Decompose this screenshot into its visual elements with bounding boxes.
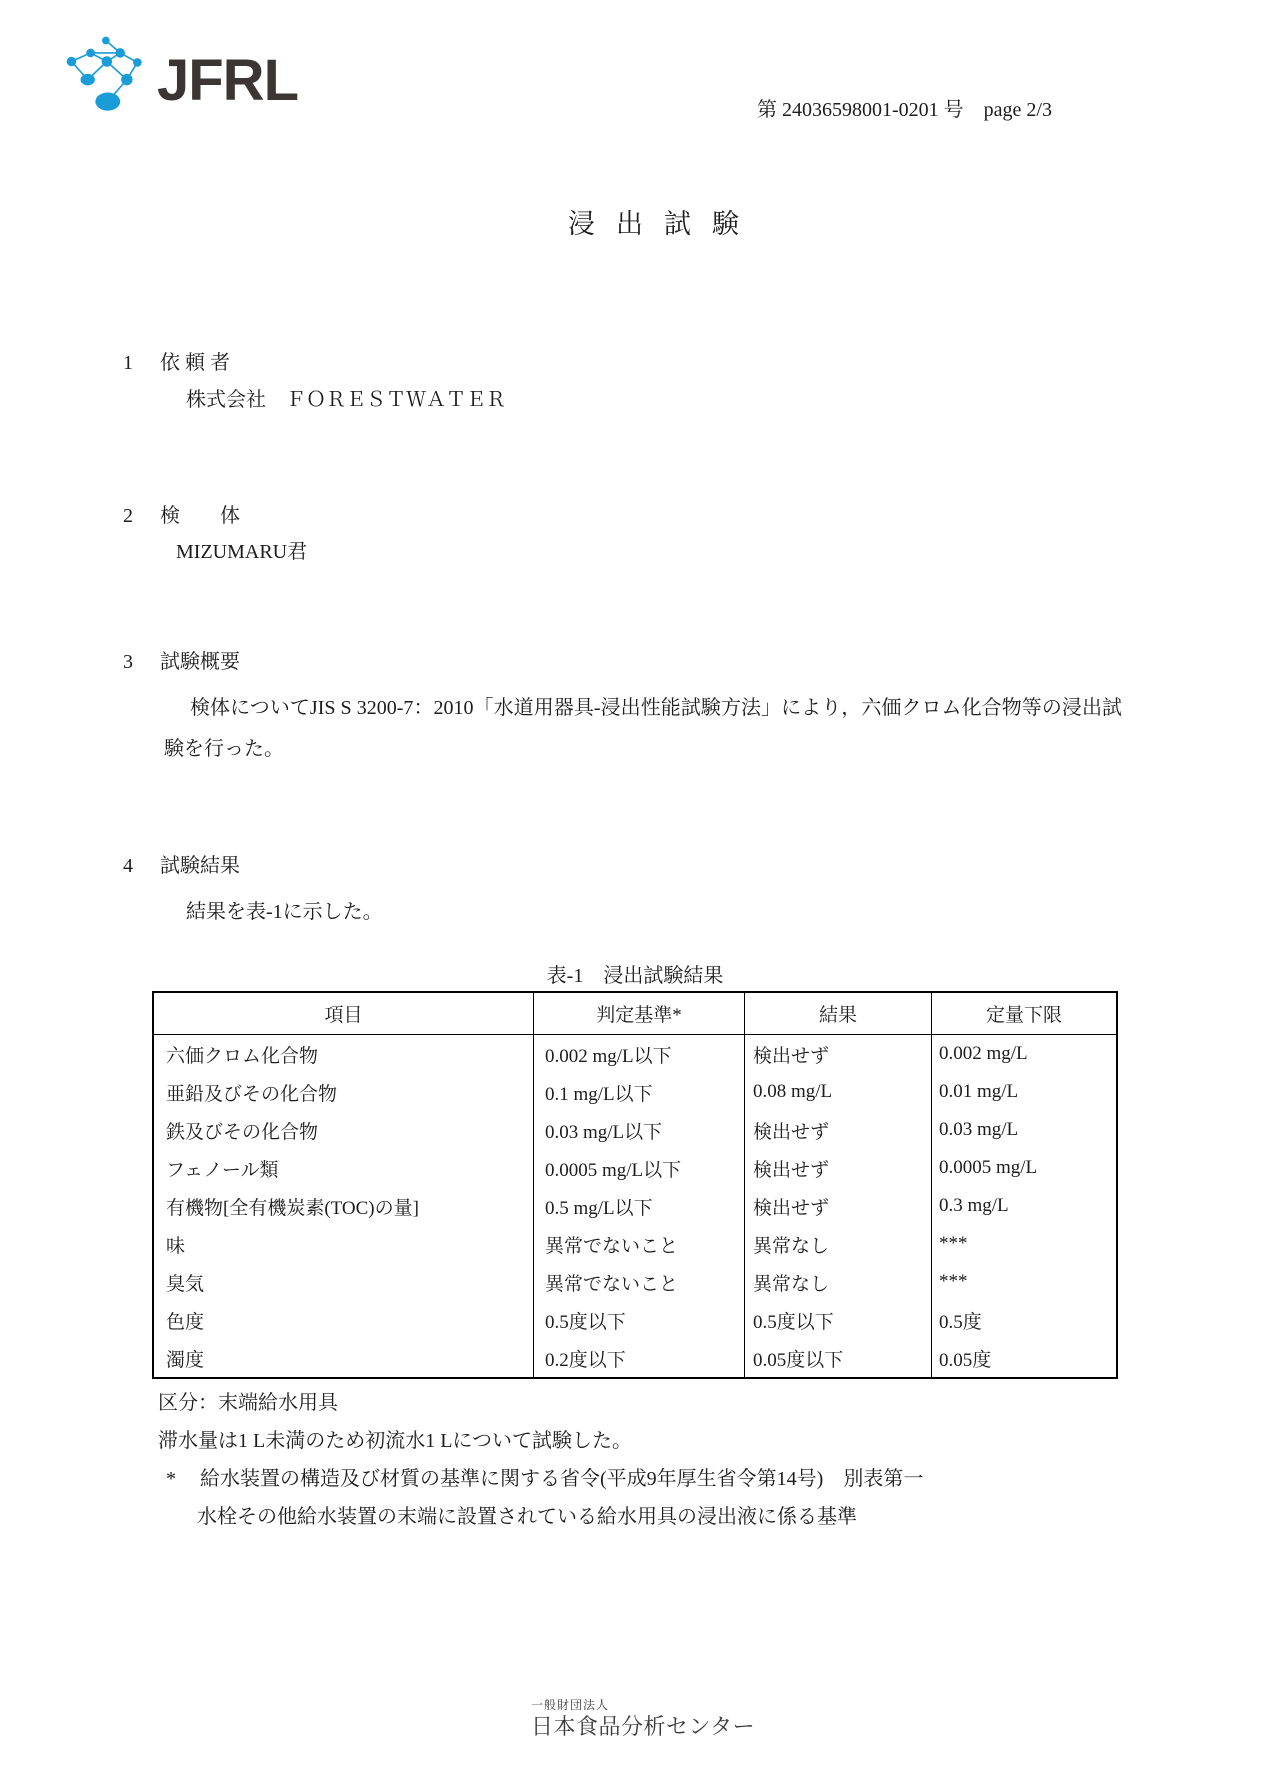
cell-item: 六価クロム化合物 [154, 1035, 533, 1073]
cell-result: 0.08 mg/L [744, 1073, 931, 1111]
client-name: 株式会社 ＦＯＲＥＳＴＷＡＴＥＲ [186, 387, 506, 413]
section-1-number: 1 [123, 350, 160, 376]
section-2-label: 検 体 [160, 505, 240, 527]
cell-item: 味 [154, 1225, 533, 1263]
table-header-row: 項目 判定基準* 結果 定量下限 [154, 993, 1116, 1035]
cell-result: 検出せず [744, 1187, 931, 1225]
cell-result: 0.5度以下 [744, 1301, 931, 1339]
cell-criteria: 異常でないこと [533, 1263, 744, 1301]
cell-loq: 0.03 mg/L [931, 1111, 1116, 1149]
document-number: 第 24036598001-0201 号 page 2/3 [757, 97, 1052, 123]
asterisk-text1: 給水装置の構造及び材質の基準に関する省令(平成9年厚生省令第14号) 別表第一 [200, 1468, 923, 1490]
table-row: 臭気 異常でないこと 異常なし *** [154, 1263, 1116, 1301]
jfrl-logo-text: JFRL [157, 52, 298, 110]
jfrl-network-icon [55, 30, 151, 114]
note-asterisk-line1: *給水装置の構造及び材質の基準に関する省令(平成9年厚生省令第14号) 別表第一 [166, 1466, 923, 1492]
cell-loq: 0.002 mg/L [931, 1035, 1116, 1073]
test-overview-paragraph: 検体についてJIS S 3200-7：2010「水道用器具-浸出性能試験方法」に… [164, 688, 1122, 770]
cell-item: 鉄及びその化合物 [154, 1111, 533, 1149]
section-3-label: 試験概要 [160, 651, 240, 673]
section-3-heading: 3試験概要 [123, 649, 240, 675]
footer-org-name: 日本食品分析センター [531, 1714, 755, 1740]
cell-item: 色度 [154, 1301, 533, 1339]
cell-loq: 0.0005 mg/L [931, 1149, 1116, 1187]
asterisk-mark: * [166, 1468, 176, 1490]
table-row: 六価クロム化合物 0.002 mg/L以下 検出せず 0.002 mg/L [154, 1035, 1116, 1073]
section-1-heading: 1依 頼 者 [123, 350, 230, 376]
footer-logo: 一般財団法人 日本食品分析センター [531, 1698, 755, 1740]
section-1-label: 依 頼 者 [160, 352, 230, 374]
table-row: 色度 0.5度以下 0.5度以下 0.5度 [154, 1301, 1116, 1339]
table-row: フェノール類 0.0005 mg/L以下 検出せず 0.0005 mg/L [154, 1149, 1116, 1187]
section-4-number: 4 [123, 853, 160, 879]
note-asterisk-line2: 水栓その他給水装置の末端に設置されている給水用具の浸出液に係る基準 [197, 1504, 857, 1530]
cell-criteria: 0.5度以下 [533, 1301, 744, 1339]
cell-item: 有機物[全有機炭素(TOC)の量] [154, 1187, 533, 1225]
cell-loq: 0.3 mg/L [931, 1187, 1116, 1225]
section-4-label: 試験結果 [160, 855, 240, 877]
cell-result: 検出せず [744, 1149, 931, 1187]
cell-criteria: 0.5 mg/L以下 [533, 1187, 744, 1225]
sample-name: MIZUMARU君 [176, 539, 307, 565]
cell-loq: 0.5度 [931, 1301, 1116, 1339]
table-caption: 表-1 浸出試験結果 [152, 959, 1118, 988]
note-category: 区分：末端給水用具 [158, 1390, 338, 1416]
cell-loq: 0.01 mg/L [931, 1073, 1116, 1111]
note-volume: 滞水量は1 L未満のため初流水1 Lについて試験した。 [158, 1428, 632, 1454]
cell-loq: 0.05度 [931, 1339, 1116, 1377]
cell-result: 異常なし [744, 1263, 931, 1301]
header-loq: 定量下限 [931, 993, 1116, 1034]
cell-criteria: 異常でないこと [533, 1225, 744, 1263]
footer-org-type: 一般財団法人 [531, 1698, 755, 1712]
section-4-heading: 4試験結果 [123, 853, 240, 879]
cell-criteria: 0.0005 mg/L以下 [533, 1149, 744, 1187]
cell-result: 検出せず [744, 1035, 931, 1073]
report-page: JFRL 第 24036598001-0201 号 page 2/3 浸出試験 … [0, 0, 1272, 1780]
cell-item: 濁度 [154, 1339, 533, 1377]
cell-criteria: 0.1 mg/L以下 [533, 1073, 744, 1111]
header-criteria: 判定基準* [533, 993, 744, 1034]
cell-item: 亜鉛及びその化合物 [154, 1073, 533, 1111]
table-row: 味 異常でないこと 異常なし *** [154, 1225, 1116, 1263]
results-table: 項目 判定基準* 結果 定量下限 六価クロム化合物 0.002 mg/L以下 検… [152, 991, 1118, 1379]
jfrl-logo: JFRL [55, 30, 298, 114]
cell-loq: *** [931, 1225, 1116, 1263]
cell-result: 異常なし [744, 1225, 931, 1263]
cell-result: 検出せず [744, 1111, 931, 1149]
results-reference-line: 結果を表-1に示した。 [186, 899, 383, 925]
section-2-heading: 2検 体 [123, 503, 240, 529]
cell-result: 0.05度以下 [744, 1339, 931, 1377]
table-row: 鉄及びその化合物 0.03 mg/L以下 検出せず 0.03 mg/L [154, 1111, 1116, 1149]
header-item: 項目 [154, 993, 533, 1034]
page-title: 浸出試験 [568, 202, 760, 241]
cell-criteria: 0.2度以下 [533, 1339, 744, 1377]
section-2-number: 2 [123, 503, 160, 529]
table-row: 有機物[全有機炭素(TOC)の量] 0.5 mg/L以下 検出せず 0.3 mg… [154, 1187, 1116, 1225]
header-result: 結果 [744, 993, 931, 1034]
table-row: 亜鉛及びその化合物 0.1 mg/L以下 0.08 mg/L 0.01 mg/L [154, 1073, 1116, 1111]
table-row: 濁度 0.2度以下 0.05度以下 0.05度 [154, 1339, 1116, 1377]
section-3-number: 3 [123, 649, 160, 675]
cell-criteria: 0.03 mg/L以下 [533, 1111, 744, 1149]
cell-criteria: 0.002 mg/L以下 [533, 1035, 744, 1073]
cell-loq: *** [931, 1263, 1116, 1301]
cell-item: 臭気 [154, 1263, 533, 1301]
cell-item: フェノール類 [154, 1149, 533, 1187]
